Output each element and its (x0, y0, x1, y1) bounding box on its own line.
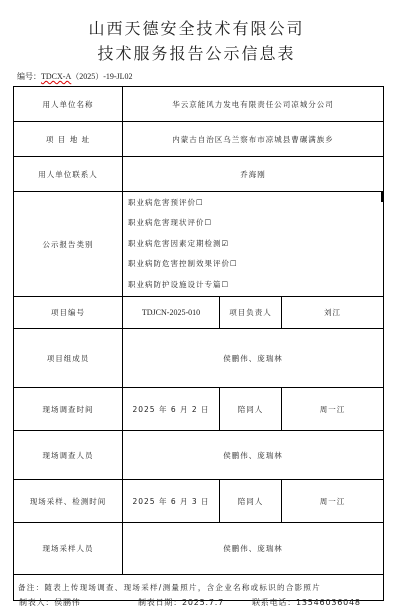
contact-label: 用人单位联系人 (14, 157, 123, 192)
sampling-escort-label: 陪同人 (220, 480, 282, 523)
company-name: 山西天德安全技术有限公司 (0, 16, 393, 39)
report-type-options: 职业病危害预评价☐ 职业病危害现状评价☐ 职业病危害因素定期检测☑ 职业病防危害… (123, 192, 384, 297)
survey-escort-value: 周一江 (282, 388, 384, 431)
prepare-date: 制表日期：2025.7.7 (138, 597, 224, 608)
contact-value: 乔海刚 (123, 157, 384, 192)
contact-phone: 联系电话：13546036048 (252, 597, 361, 608)
row-client-name: 用人单位名称 华云京能风力发电有限责任公司凉城分公司 (14, 87, 384, 122)
row-survey-staff: 现场调查人员 侯鹏伟、庞瑞林 (14, 431, 384, 480)
report-type-option[interactable]: 职业病防护设施设计专篇☐ (128, 275, 383, 296)
form-title: 技术服务报告公示信息表 (0, 41, 393, 64)
row-sampling-staff: 现场采样人员 侯鹏伟、庞瑞林 (14, 523, 384, 575)
sampling-staff-label: 现场采样人员 (14, 523, 123, 575)
checkbox-checked-icon[interactable]: ☑ (222, 239, 230, 248)
row-contact: 用人单位联系人 乔海刚 (14, 157, 384, 192)
row-team: 项目组成员 侯鹏伟、庞瑞林 (14, 329, 384, 388)
address-value: 内蒙古自治区乌兰察布市凉城县曹碾满族乡 (123, 122, 384, 157)
info-table: 用人单位名称 华云京能风力发电有限责任公司凉城分公司 项 目 地 址 内蒙古自治… (13, 86, 384, 601)
client-name-label: 用人单位名称 (14, 87, 123, 122)
survey-time-label: 现场调查时间 (14, 388, 123, 431)
cursor-mark (381, 192, 384, 202)
report-type-option[interactable]: 职业病危害预评价☐ (128, 193, 383, 214)
project-no-label: 项目编号 (14, 297, 123, 329)
survey-escort-label: 陪同人 (220, 388, 282, 431)
checkbox-unchecked-icon[interactable]: ☐ (205, 218, 213, 227)
sampling-time-value: 2025 年 6 月 3 日 (123, 480, 220, 523)
report-type-option[interactable]: 职业病危害因素定期检测☑ (128, 234, 383, 255)
row-sampling-time: 现场采样、检测时间 2025 年 6 月 3 日 陪同人 周一江 (14, 480, 384, 523)
document-number: 编号：TDCX-A（2025）-19-JL02 (17, 71, 133, 82)
project-lead-label: 项目负责人 (220, 297, 282, 329)
preparer: 制表人：侯鹏伟 (19, 597, 81, 608)
document-number-code: TDCX-A (41, 72, 71, 81)
survey-time-value: 2025 年 6 月 2 日 (123, 388, 220, 431)
client-name-value: 华云京能风力发电有限责任公司凉城分公司 (123, 87, 384, 122)
row-survey-time: 现场调查时间 2025 年 6 月 2 日 陪同人 周一江 (14, 388, 384, 431)
document-number-label: 编号： (17, 72, 41, 81)
project-no-value: TDJCN-2025-010 (123, 297, 220, 329)
checkbox-unchecked-icon[interactable]: ☐ (196, 198, 204, 207)
checkbox-unchecked-icon[interactable]: ☐ (222, 280, 230, 289)
row-report-types: 公示报告类别 职业病危害预评价☐ 职业病危害现状评价☐ 职业病危害因素定期检测☑… (14, 192, 384, 297)
project-lead-value: 刘江 (282, 297, 384, 329)
row-address: 项 目 地 址 内蒙古自治区乌兰察布市凉城县曹碾满族乡 (14, 122, 384, 157)
report-type-label: 公示报告类别 (14, 192, 123, 297)
report-type-option[interactable]: 职业病危害现状评价☐ (128, 213, 383, 234)
sampling-staff-value: 侯鹏伟、庞瑞林 (123, 523, 384, 575)
report-type-option[interactable]: 职业病防危害控制效果评价☐ (128, 254, 383, 275)
team-value: 侯鹏伟、庞瑞林 (123, 329, 384, 388)
address-label: 项 目 地 址 (14, 122, 123, 157)
survey-staff-label: 现场调查人员 (14, 431, 123, 480)
checkbox-unchecked-icon[interactable]: ☐ (230, 259, 238, 268)
team-label: 项目组成员 (14, 329, 123, 388)
sampling-escort-value: 周一江 (282, 480, 384, 523)
document-number-suffix: （2025）-19-JL02 (71, 72, 132, 81)
row-project-no: 项目编号 TDJCN-2025-010 项目负责人 刘江 (14, 297, 384, 329)
survey-staff-value: 侯鹏伟、庞瑞林 (123, 431, 384, 480)
sampling-time-label: 现场采样、检测时间 (14, 480, 123, 523)
